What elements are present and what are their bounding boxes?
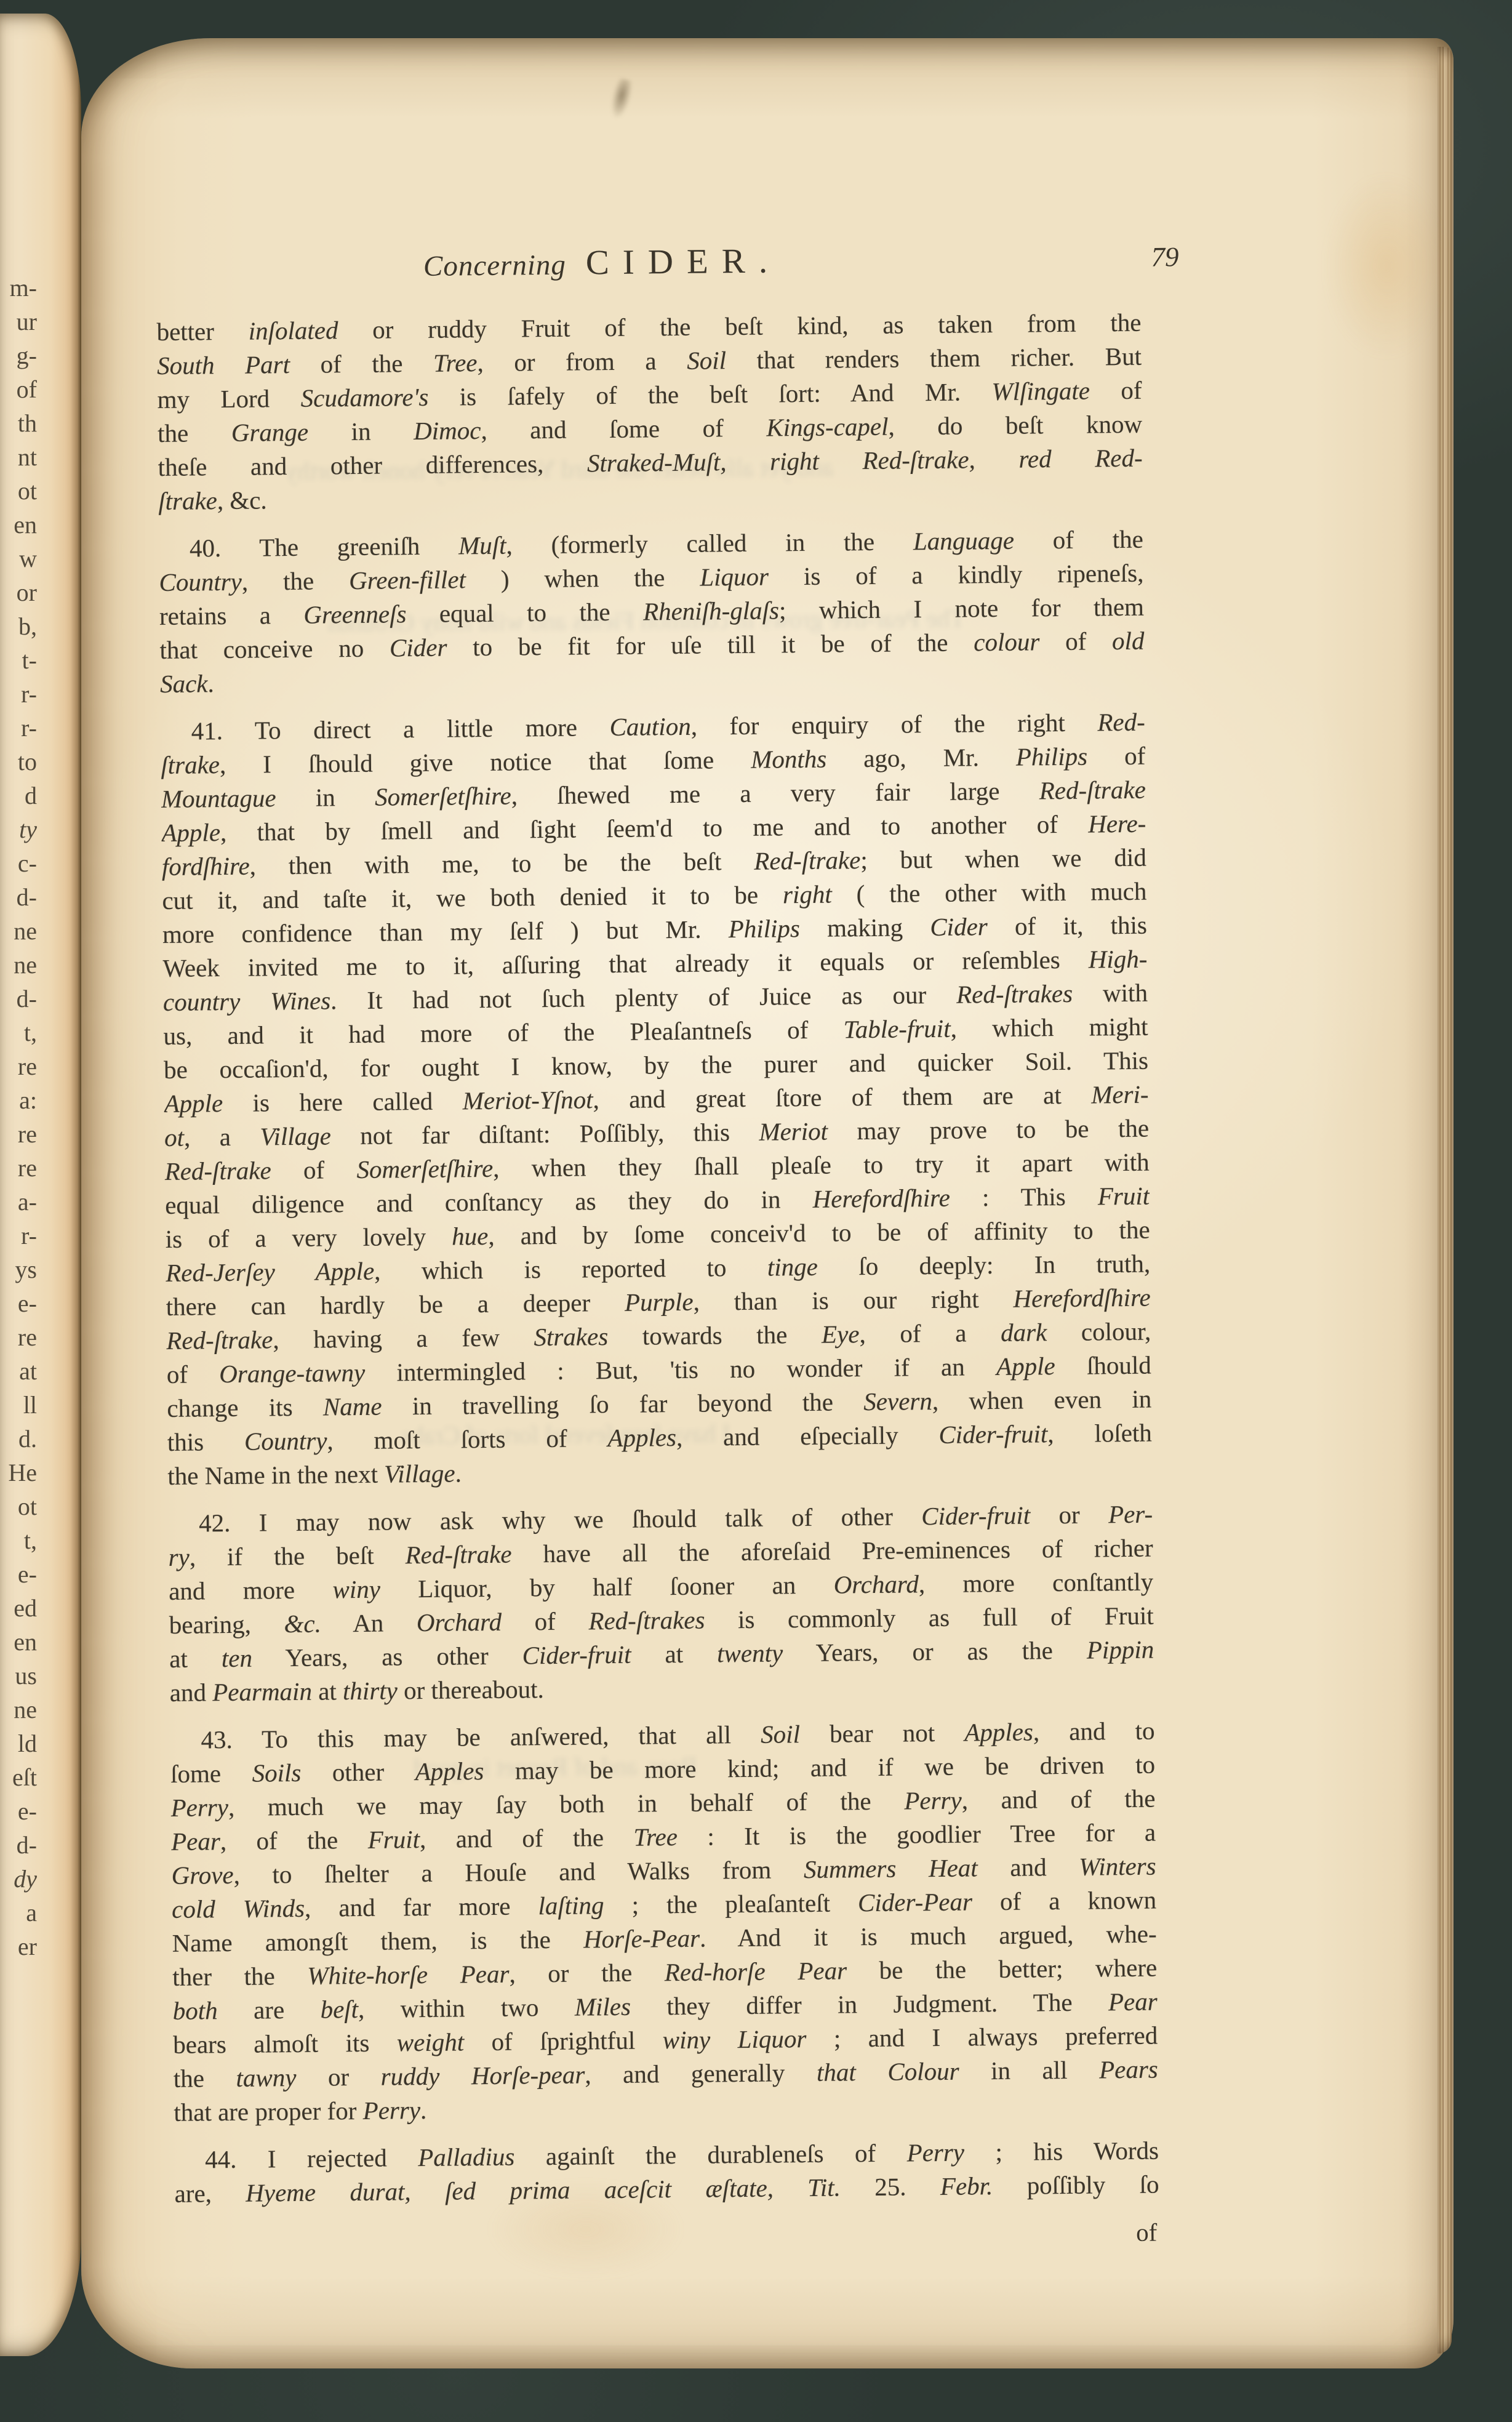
facing-page-text-fragment: en	[8, 1625, 37, 1659]
facing-page-text-fragment: eſt	[8, 1760, 37, 1794]
page-header: Concerning CIDER. 79	[156, 238, 1141, 287]
text-block: better inſolated or ruddy Fruit of the b…	[156, 306, 1159, 2211]
printed-content: Concerning CIDER. 79 better inſolated or…	[154, 31, 1159, 2256]
facing-page-text-fragment: at	[8, 1354, 37, 1388]
facing-page-text-fragment: ne	[8, 948, 37, 982]
facing-page-text-fragment: e-	[8, 1557, 37, 1591]
book-scan: { "document": { "type": "book-page-scan"…	[0, 0, 1512, 2422]
facing-page-text-fragment: en	[8, 508, 37, 542]
facing-page-text-fragment: ty	[8, 812, 37, 846]
page-number: 79	[1151, 241, 1178, 273]
facing-page-text-fragment: re	[8, 1151, 37, 1185]
page-edge-stack	[1438, 47, 1452, 2354]
facing-page-text-fragment: of	[8, 372, 37, 406]
facing-page-text-fragment: e-	[8, 1794, 37, 1828]
facing-page-text-fragment: re	[8, 1049, 37, 1083]
facing-page-text-fragment: d	[8, 779, 37, 812]
facing-page-text-fragment: b,	[8, 609, 37, 643]
facing-page-text-fragment: dy	[8, 1862, 37, 1896]
paper-stain	[1324, 174, 1447, 358]
facing-page-text-fragment: ld	[8, 1726, 37, 1760]
facing-page-text-fragment: ot	[8, 1490, 37, 1523]
facing-page-text-fragment: nt	[8, 440, 37, 474]
facing-page-text-fragment: w	[8, 542, 37, 575]
facing-page-text-fragment: ot	[8, 474, 37, 508]
facing-page-text-fragment: ed	[8, 1591, 37, 1625]
facing-page-text-fragment: ne	[8, 1693, 37, 1726]
paragraph: 44. I rejected Palladius againſt the dur…	[174, 2134, 1159, 2211]
running-title-italic: Concerning	[423, 249, 566, 283]
facing-page-text-fragment: ne	[8, 914, 37, 948]
facing-page-text-fragment: e-	[8, 1286, 37, 1320]
catchword: of	[175, 2218, 1159, 2256]
paragraph: 40. The greeniſh Muſt, (formerly called …	[159, 523, 1145, 701]
paragraph: better inſolated or ruddy Fruit of the b…	[156, 306, 1143, 518]
facing-page-text-fragment: re	[8, 1117, 37, 1151]
facing-page-text-fragment: He	[8, 1456, 37, 1490]
facing-page-text-fragment: r-	[8, 711, 37, 745]
facing-page-edge: m-urg-ofthntotenworb,t-r-r-todtyc-d-nene…	[0, 14, 81, 2356]
facing-page-text-fragment: r-	[8, 1219, 37, 1253]
facing-page-text-fragment: r-	[8, 677, 37, 711]
running-title-caps: CIDER.	[586, 241, 782, 283]
facing-page-text-fragment: ll	[8, 1388, 37, 1422]
facing-page-text-fragment: re	[8, 1320, 37, 1354]
book-page: and yet alſo better the third Year. A ve…	[81, 38, 1454, 2368]
facing-page-text-fragment: t,	[8, 1016, 37, 1049]
facing-page-text-fragment: a	[8, 1896, 37, 1930]
paragraph: 41. To direct a little more Caution, for…	[161, 705, 1153, 1493]
facing-page-text-fragment: m-	[8, 271, 37, 305]
facing-page-text-fragment: d.	[8, 1422, 37, 1456]
facing-page-text-fragment: t,	[8, 1523, 37, 1557]
facing-page-text-fragment: ys	[8, 1253, 37, 1286]
facing-page-text-fragment: g-	[8, 339, 37, 372]
facing-page-text-fragment: a:	[8, 1083, 37, 1117]
facing-page-text-fragment: to	[8, 745, 37, 779]
facing-page-text-fragment: d-	[8, 1828, 37, 1862]
paragraph: 43. To this may be anſwered, that all So…	[170, 1714, 1158, 2130]
facing-page-text-fragment: ur	[8, 305, 37, 339]
facing-page-text-fragment: us	[8, 1659, 37, 1693]
facing-page-text-fragment: or	[8, 575, 37, 609]
facing-page-text-fragment: d-	[8, 880, 37, 914]
facing-page-text-fragment: d-	[8, 982, 37, 1016]
paragraph: 42. I may now ask why we ſhould talk of …	[168, 1498, 1154, 1710]
facing-page-text-fragment: a-	[8, 1185, 37, 1219]
facing-page-text-fragment: th	[8, 406, 37, 440]
facing-page-text-fragment: er	[8, 1930, 37, 1963]
facing-page-fragments: m-urg-ofthntotenworb,t-r-r-todtyc-d-nene…	[8, 271, 37, 1963]
facing-page-text-fragment: t-	[8, 643, 37, 677]
facing-page-text-fragment: c-	[8, 846, 37, 880]
